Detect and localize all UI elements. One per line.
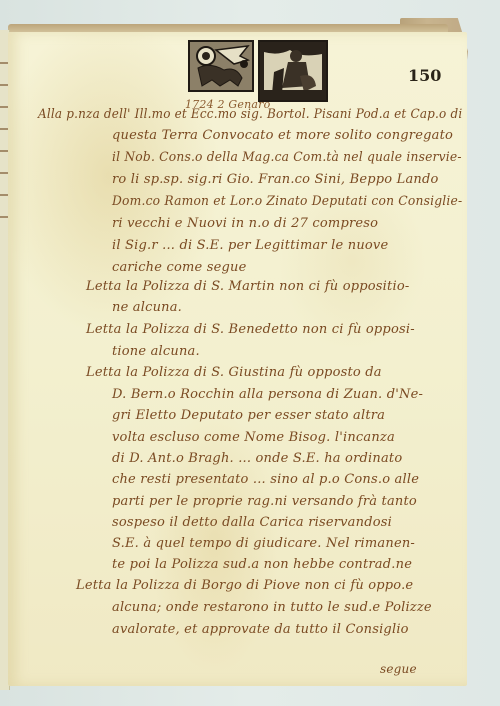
- saint-figure-stamp: [258, 40, 328, 102]
- manuscript-line: te poi la Polizza sud.a non hebbe contra…: [112, 557, 412, 572]
- page-number: 150: [408, 66, 441, 85]
- manuscript-line: questa Terra Convocato et more solito co…: [112, 128, 453, 143]
- manuscript-line: D. Bern.o Rocchin alla persona di Zuan. …: [112, 387, 423, 402]
- manuscript-line: Letta la Polizza di S. Martin non ci fù …: [86, 279, 409, 294]
- catchword: segue: [380, 662, 417, 676]
- manuscript-line: che resti presentato ... sino al p.o Con…: [112, 472, 419, 487]
- manuscript-line: Letta la Polizza di Borgo di Piove non c…: [76, 578, 413, 593]
- manuscript-line: il Sig.r ... di S.E. per Legittimar le n…: [112, 238, 388, 253]
- manuscript-line: volta escluso come Nome Bisog. l'incanza: [112, 430, 395, 445]
- manuscript-line: Dom.co Ramon et Lor.o Zinato Deputati co…: [112, 194, 462, 209]
- manuscript-line: ro li sp.sp. sig.ri Gio. Fran.co Sini, B…: [112, 172, 439, 187]
- manuscript-line: il Nob. Cons.o della Mag.ca Com.tà nel q…: [112, 150, 462, 165]
- manuscript-line: tione alcuna.: [112, 344, 200, 359]
- manuscript-line: parti per le proprie rag.ni versando frà…: [112, 494, 417, 509]
- manuscript-line: Letta la Polizza di S. Giustina fù oppos…: [86, 365, 382, 380]
- manuscript-line: di D. Ant.o Bragh. ... onde S.E. ha ordi…: [112, 451, 402, 466]
- manuscript-line: cariche come segue: [112, 260, 247, 275]
- manuscript-line: alcuna; onde restarono in tutto le sud.e…: [112, 600, 432, 615]
- manuscript-line: S.E. à quel tempo di giudicare. Nel rima…: [112, 536, 415, 551]
- manuscript-line: sospeso il detto dalla Carica riservando…: [112, 515, 392, 530]
- manuscript-line: ri vecchi e Nuovi in n.o di 27 compreso: [112, 216, 378, 231]
- winged-lion-icon: [190, 42, 252, 90]
- manuscript-line: gri Eletto Deputato per esser stato altr…: [112, 408, 385, 423]
- manuscript-line: Letta la Polizza di S. Benedetto non ci …: [86, 322, 415, 337]
- manuscript-line: avalorate, et approvate da tutto il Cons…: [112, 622, 409, 637]
- manuscript-line: ne alcuna.: [112, 300, 182, 315]
- lion-of-st-mark-stamp: [188, 40, 254, 92]
- manuscript-line: Alla p.nza dell' Ill.mo et Ecc.mo sig. B…: [38, 107, 462, 122]
- saint-figure-icon: [260, 42, 326, 100]
